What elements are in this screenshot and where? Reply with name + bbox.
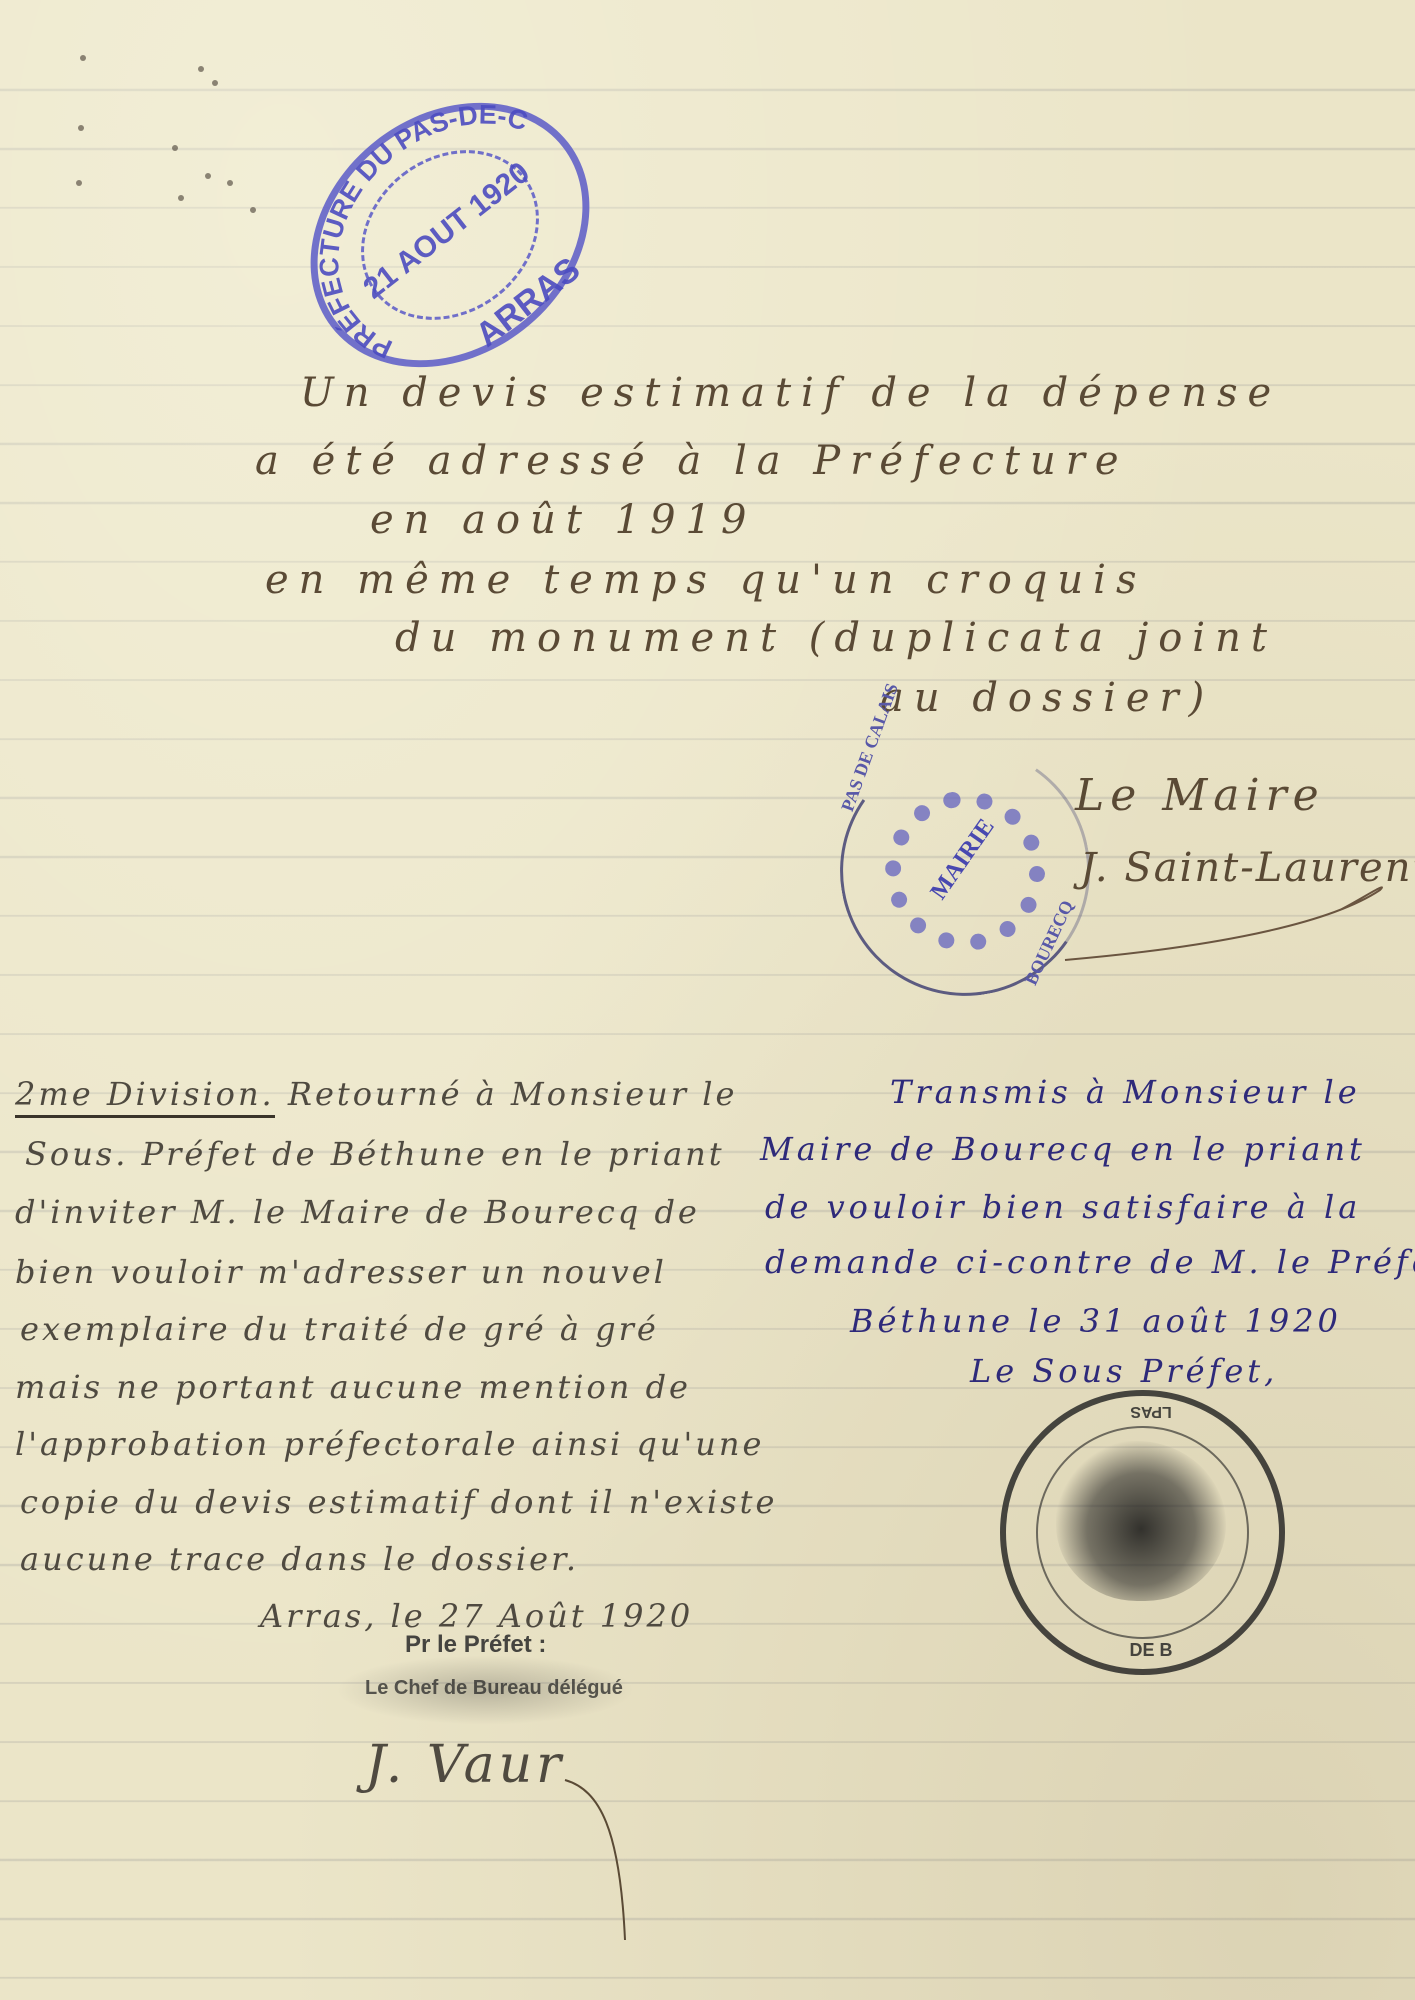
sous-prefet-place-date: Béthune le 31 août 1920 [850,1302,1342,1340]
sous-prefet-line-3: de vouloir bien satisfaire à la [765,1188,1361,1226]
prefecture-note-line-9: aucune trace dans le dossier. [20,1540,579,1578]
sous-prefecture-stamp: LPAS DE B [1000,1390,1285,1675]
ink-spot [78,125,84,131]
sous-prefet-line-1: Transmis à Monsieur le [890,1073,1361,1111]
sous-prefet-closing: Le Sous Préfet, [970,1352,1278,1390]
ink-spot [172,145,178,151]
signature-tail [560,1770,640,1950]
ink-spot [198,66,204,72]
mayor-note-line-1: Un devis estimatif de la dépense [300,370,1281,416]
prefecture-note-line-7: l'approbation préfectorale ainsi qu'une [15,1425,764,1463]
mayor-closing: Le Maire [1075,770,1325,821]
prefecture-signature: J. Vaur [365,1735,565,1795]
mayor-note-line-5: du monument (duplicata joint [395,615,1277,661]
sous-prefet-line-2: Maire de Bourecq en le priant [760,1130,1366,1168]
mayor-note-line-2: a été adressé à la Préfecture [255,438,1129,484]
prefecture-note-line-4: bien vouloir m'adresser un nouvel [15,1253,667,1291]
division-heading: 2me Division. [15,1075,275,1118]
ink-spot [80,55,86,61]
prefecture-note-line-2: Sous. Préfet de Béthune en le priant [25,1135,725,1173]
svg-text:ARRAS: ARRAS [469,250,588,354]
prefet-stamp: Pr le Préfet : Le Chef de Bureau délégué [345,1625,645,1735]
prefecture-note-line-3: d'inviter M. le Maire de Bourecq de [15,1193,700,1231]
prefecture-note-line-8: copie du devis estimatif dont il n'exist… [20,1483,777,1521]
note-text: Retourné à Monsieur le [288,1075,738,1113]
stamp-line-2: Le Chef de Bureau délégué [365,1677,623,1700]
prefecture-note-line-1: 2me Division. Retourné à Monsieur le [15,1075,737,1113]
mayor-note-line-6: au dossier) [880,675,1214,721]
ink-spot [212,80,218,86]
signature-flourish [1060,860,1400,970]
ink-spot [76,180,82,186]
sous-prefet-line-4: demande ci-contre de M. le Préfet [765,1243,1415,1281]
mayor-note-line-4: en même temps qu'un croquis [265,557,1146,603]
stamp-top-text: LPAS [1086,1402,1216,1420]
ink-spot [227,180,233,186]
svg-text:PRÉFECTURE DU PAS-DE-CALAIS: PRÉFECTURE DU PAS-DE-CALAIS [239,24,599,381]
mayor-note-line-3: en août 1919 [370,497,756,543]
stamp-bottom-text: DE B [1096,1640,1206,1661]
stamp-line-1: Pr le Préfet : [405,1631,546,1659]
ink-spot [178,195,184,201]
prefecture-note-line-6: mais ne portant aucune mention de [15,1368,691,1406]
prefecture-note-line-5: exemplaire du traité de gré à gré [20,1310,659,1348]
document-page: PRÉFECTURE DU PAS-DE-CALAIS ARRAS 21 AOU… [0,0,1415,2000]
ink-spot [205,173,211,179]
